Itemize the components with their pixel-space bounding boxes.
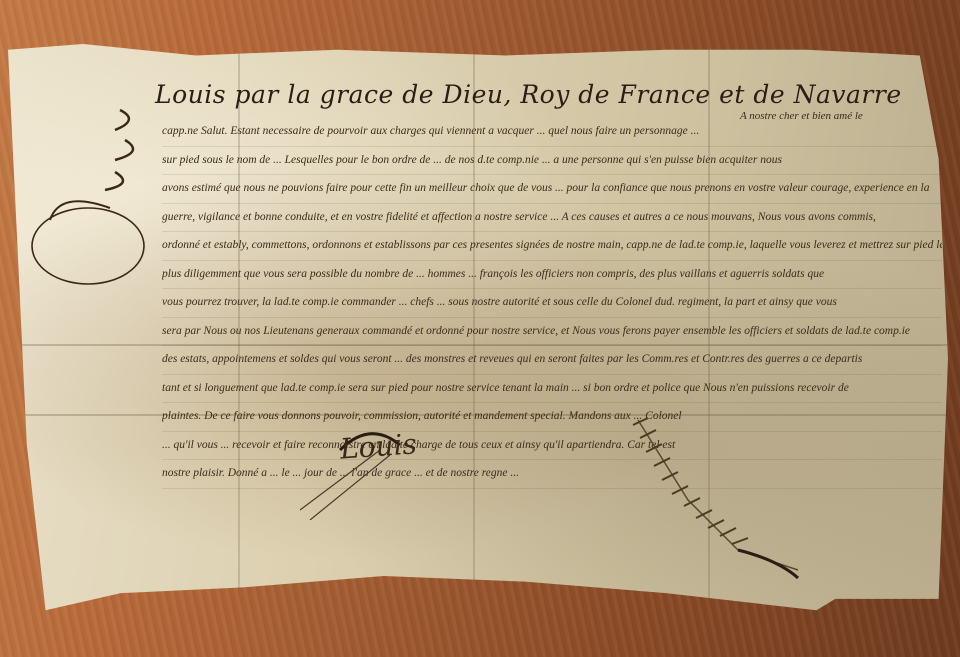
text-line: vous pourrez trouver, la lad.te comp.ie … [162, 289, 942, 318]
text-line: plus diligemment que vous sera possible … [162, 261, 942, 290]
text-line: capp.ne Salut. Estant necessaire de pour… [162, 118, 942, 147]
text-line: des estats, appointemens et soldes qui v… [162, 346, 942, 375]
text-line: guerre, vigilance et bonne conduite, et … [162, 204, 942, 233]
seal-ribbon-stitches-icon [628, 410, 808, 580]
signature-flourish-icon [300, 410, 560, 520]
text-line: sera par Nous ou nos Lieutenans generaux… [162, 318, 942, 347]
text-line: sur pied sous le nom de ... Lesquelles p… [162, 147, 942, 176]
text-line: ordonné et estably, commettons, ordonnon… [162, 232, 942, 261]
initial-l-flourish-icon [20, 100, 150, 290]
royal-signature: Louis [339, 427, 418, 465]
document-heading: Louis par la grace de Dieu, Roy de Franc… [155, 80, 935, 109]
text-line: tant et si longuement que lad.te comp.ie… [162, 375, 942, 404]
text-line: avons estimé que nous ne pouvions faire … [162, 175, 942, 204]
